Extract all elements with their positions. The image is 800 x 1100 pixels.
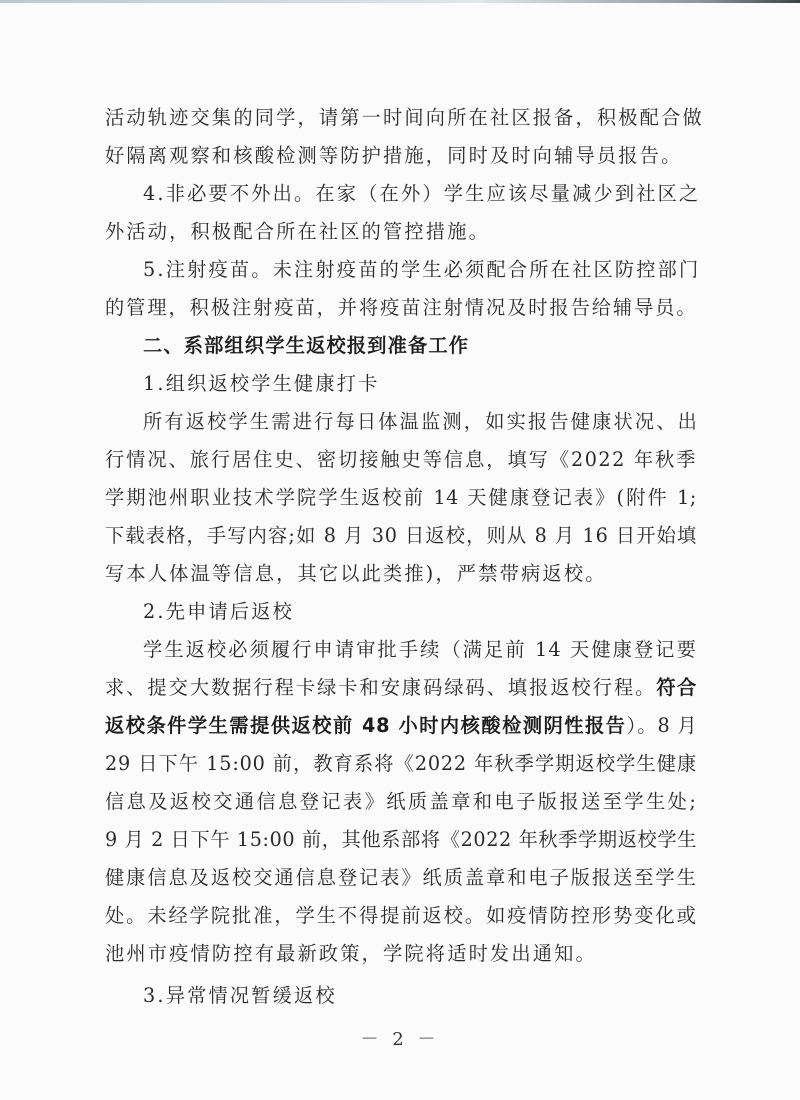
- paragraph-line: 9 月 2 日下午 15:00 前，其他系部将《2022 年秋季学期返校学生: [105, 821, 697, 859]
- paragraph-line: 处。未经学院批准，学生不得提前返校。如疫情防控形势变化或: [105, 897, 697, 935]
- paragraph-line: 信息及返校交通信息登记表》纸质盖章和电子版报送至学生处;: [105, 783, 697, 821]
- emphasized-text: 返校条件学生需提供返校前 48 小时内核酸检测阴性报告: [105, 714, 627, 737]
- document-body: 活动轨迹交集的同学，请第一时间向所在社区报备，积极配合做 好隔离观察和核酸检测等…: [105, 99, 697, 1015]
- subsection-heading-1: 1.组织返校学生健康打卡: [105, 365, 697, 403]
- emphasized-text: 符合: [656, 676, 697, 699]
- paragraph-line: 写本人体温等信息，其它以此类推)，严禁带病返校。: [105, 555, 697, 593]
- paragraph-line: 学期池州职业技术学院学生返校前 14 天健康登记表》(附件 1;: [105, 479, 697, 517]
- line-text: 求、提交大数据行程卡绿卡和安康码绿码、填报返校行程。: [105, 676, 656, 699]
- page-number: － 2 －: [0, 1025, 800, 1051]
- paragraph-line: 健康信息及返校交通信息登记表》纸质盖章和电子版报送至学生: [105, 859, 697, 897]
- paragraph-line: 返校条件学生需提供返校前 48 小时内核酸检测阴性报告）。8 月: [105, 707, 697, 745]
- paragraph-line: 求、提交大数据行程卡绿卡和安康码绿码、填报返校行程。符合: [105, 669, 697, 707]
- list-item-4: 4.非必要不外出。在家（在外）学生应该尽量减少到社区之: [105, 175, 697, 213]
- paragraph-line: 外活动，积极配合所在社区的管控措施。: [105, 213, 697, 251]
- section-heading: 二、系部组织学生返校报到准备工作: [105, 327, 697, 365]
- paragraph-line: 好隔离观察和核酸检测等防护措施，同时及时向辅导员报告。: [105, 137, 697, 175]
- paragraph-line: 下载表格，手写内容;如 8 月 30 日返校，则从 8 月 16 日开始填: [105, 517, 697, 555]
- subsection-heading-2: 2.先申请后返校: [105, 593, 697, 631]
- paragraph-line: 活动轨迹交集的同学，请第一时间向所在社区报备，积极配合做: [105, 99, 697, 137]
- paragraph-line: 行情况、旅行居住史、密切接触史等信息，填写《2022 年秋季: [105, 441, 697, 479]
- paragraph-line: 所有返校学生需进行每日体温监测，如实报告健康状况、出: [105, 403, 697, 441]
- paragraph-line: 池州市疫情防控有最新政策，学院将适时发出通知。: [105, 935, 697, 973]
- list-item-5: 5.注射疫苗。未注射疫苗的学生必须配合所在社区防控部门: [105, 251, 697, 289]
- line-text: ）。8 月: [627, 714, 698, 737]
- paragraph-line: 的管理，积极注射疫苗，并将疫苗注射情况及时报告给辅导员。: [105, 289, 697, 327]
- subsection-heading-3: 3.异常情况暂缓返校: [105, 977, 697, 1015]
- paragraph-line: 学生返校必须履行申请审批手续（满足前 14 天健康登记要: [105, 631, 697, 669]
- scan-edge: [0, 0, 800, 3]
- paragraph-line: 29 日下午 15:00 前，教育系将《2022 年秋季学期返校学生健康: [105, 745, 697, 783]
